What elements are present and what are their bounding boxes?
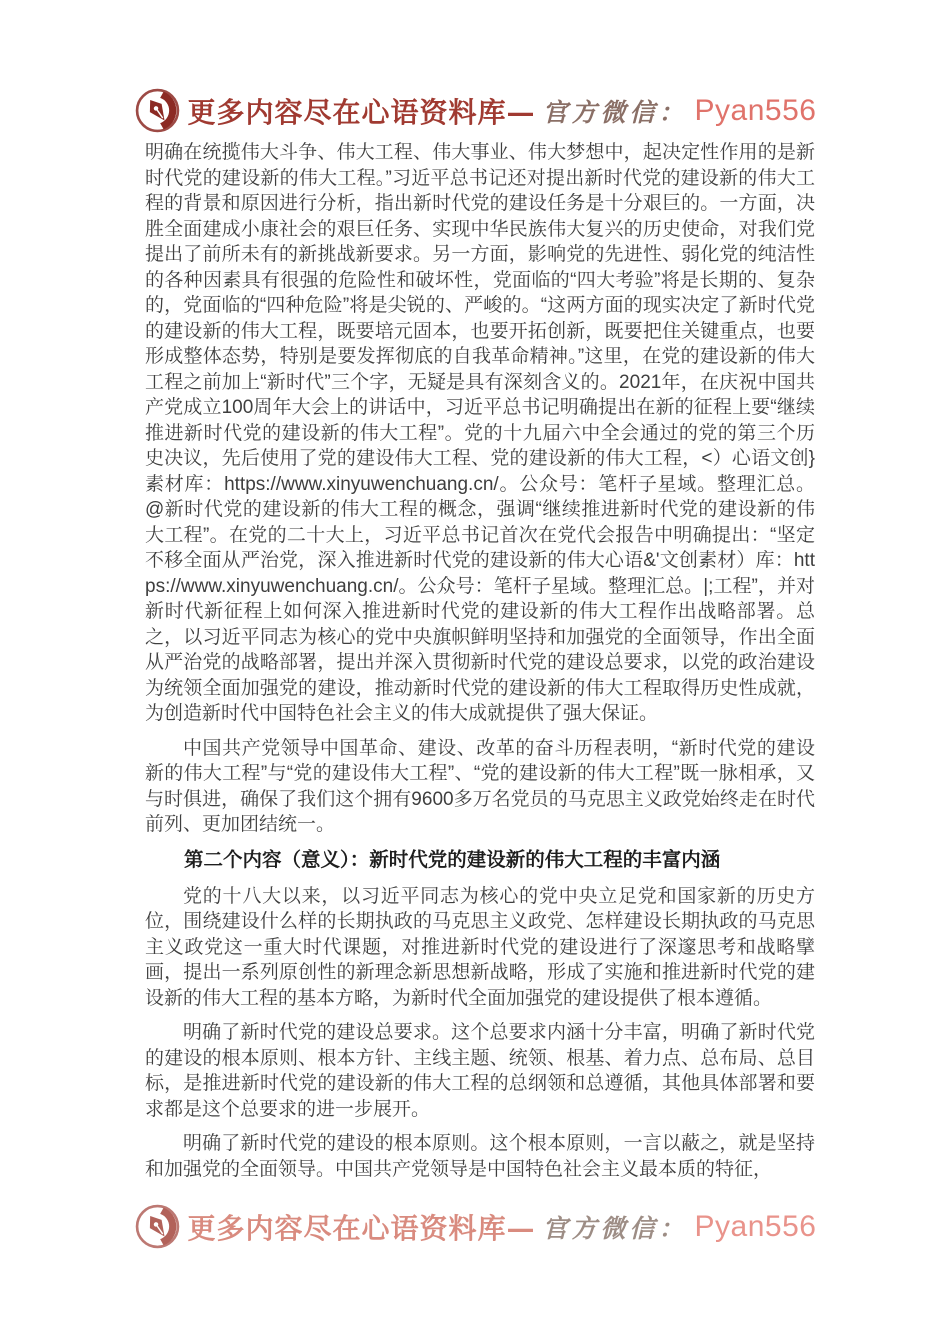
watermark-wechat-label: 官方微信：: [543, 93, 688, 129]
paragraph-3: 党的十八大以来，以习近平同志为核心的党中央立足党和国家新的历史方位，围绕建设什么…: [145, 884, 815, 1012]
section-heading: 第二个内容（意义）：新时代党的建设新的伟大工程的丰富内涵: [145, 847, 815, 873]
watermark-wechat-id: Pyan556: [695, 94, 817, 128]
paragraph-1: 明确在统揽伟大斗争、伟大工程、伟大事业、伟大梦想中，起决定性作用的是新时代党的建…: [145, 140, 815, 727]
paragraph-2: 中国共产党领导中国革命、建设、改革的奋斗历程表明，“新时代党的建设新的伟大工程”…: [145, 736, 815, 838]
paragraph-4: 明确了新时代党的建设总要求。这个总要求内涵十分丰富，明确了新时代党的建设的根本原…: [145, 1020, 815, 1122]
watermark-wechat-id: Pyan556: [695, 1210, 817, 1244]
paragraph-5: 明确了新时代党的建设的根本原则。这个根本原则，一言以蔽之，就是坚持和加强党的全面…: [145, 1131, 815, 1182]
watermark-brand-text: 更多内容尽在心语资料库—: [188, 91, 536, 131]
document-body: 明确在统揽伟大斗争、伟大工程、伟大事业、伟大梦想中，起决定性作用的是新时代党的建…: [145, 140, 815, 1191]
document-page: 更多内容尽在心语资料库— 官方微信： Pyan556 明确在统揽伟大斗争、伟大工…: [0, 0, 950, 1344]
header-watermark: 更多内容尽在心语资料库— 官方微信： Pyan556: [0, 87, 950, 134]
watermark-wechat-label: 官方微信：: [543, 1209, 688, 1245]
watermark-brand-text: 更多内容尽在心语资料库—: [188, 1207, 536, 1247]
pen-nib-logo-icon: [134, 1203, 181, 1250]
pen-nib-logo-icon: [134, 87, 181, 134]
footer-watermark: 更多内容尽在心语资料库— 官方微信： Pyan556: [0, 1203, 950, 1250]
